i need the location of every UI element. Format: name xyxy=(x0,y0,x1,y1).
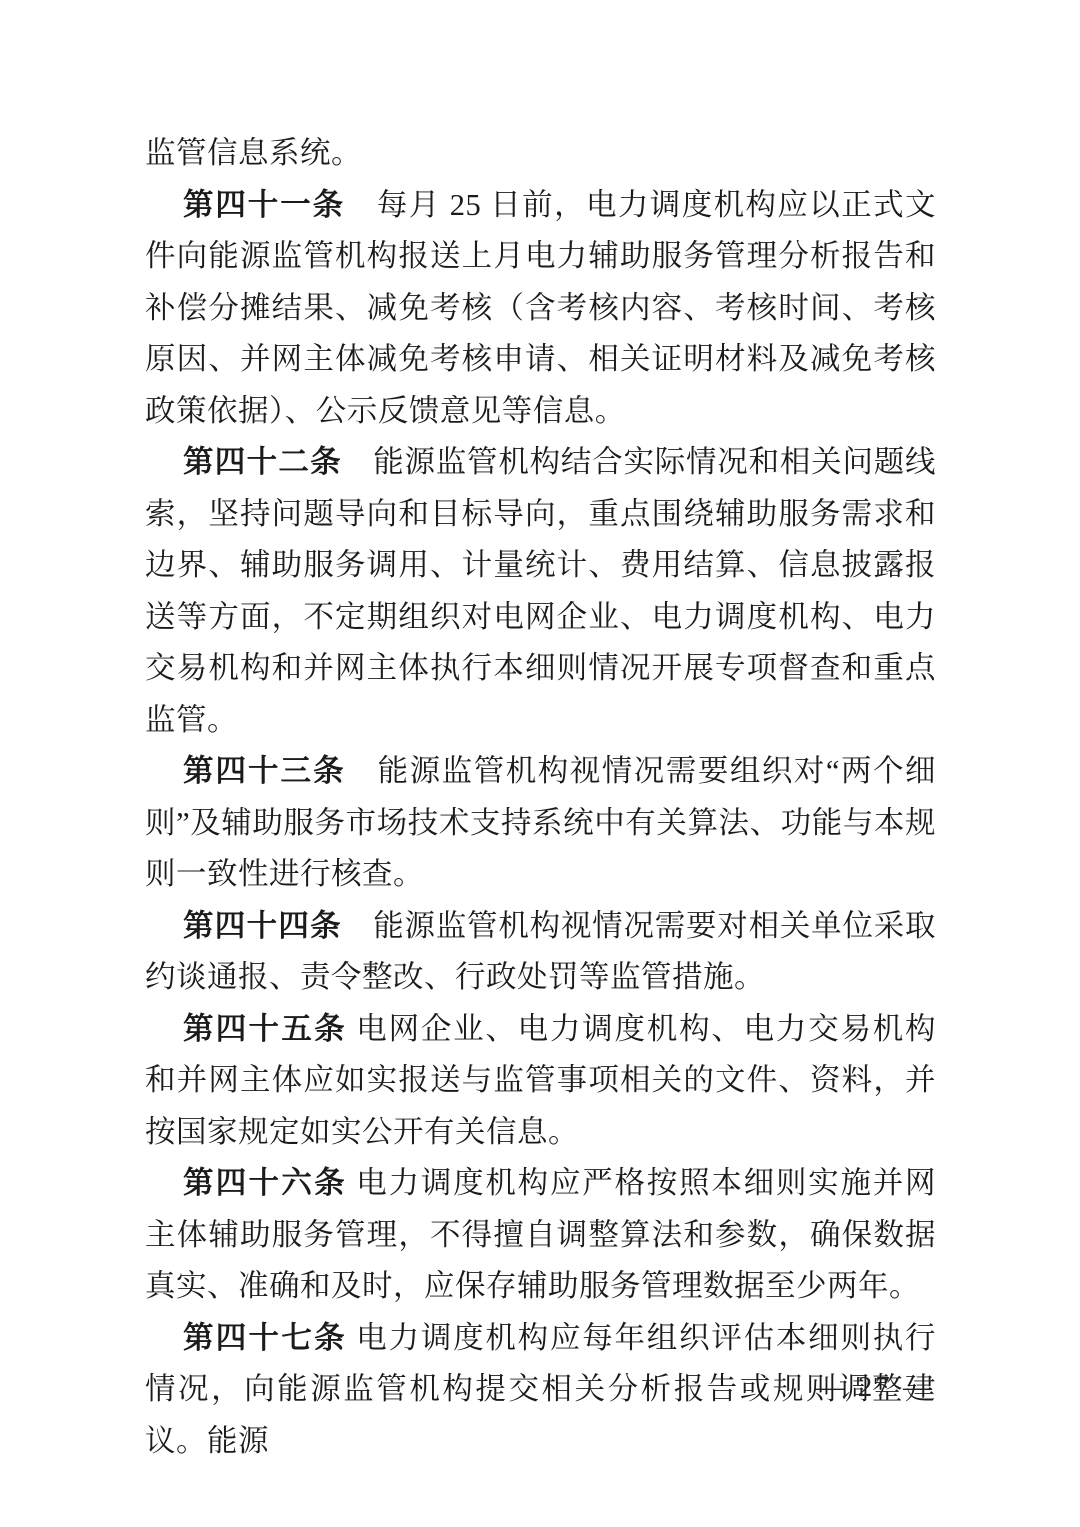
article-number: 第四十六条 xyxy=(183,1166,347,1200)
paragraph-text: 监管信息系统。 xyxy=(145,136,362,170)
paragraph: 第四十四条 能源监管机构视情况需要对相关单位采取约谈通报、责令整改、行政处罚等监… xyxy=(145,901,936,1004)
paragraph-text: 能源监管机构结合实际情况和相关问题线索，坚持问题导向和目标导向，重点围绕辅助服务… xyxy=(145,445,936,737)
paragraph: 监管信息系统。 xyxy=(145,128,936,180)
document-page: 监管信息系统。 第四十一条 每月 25 日前，电力调度机构应以正式文件向能源监管… xyxy=(0,0,1080,1527)
article-number: 第四十七条 xyxy=(183,1321,347,1355)
paragraph: 第四十一条 每月 25 日前，电力调度机构应以正式文件向能源监管机构报送上月电力… xyxy=(145,180,936,438)
paragraph: 第四十六条 电力调度机构应严格按照本细则实施并网主体辅助服务管理，不得擅自调整算… xyxy=(145,1158,936,1313)
paragraph-text: 每月 25 日前，电力调度机构应以正式文件向能源监管机构报送上月电力辅助服务管理… xyxy=(145,188,936,428)
document-body: 监管信息系统。 第四十一条 每月 25 日前，电力调度机构应以正式文件向能源监管… xyxy=(145,128,936,1467)
paragraph: 第四十五条 电网企业、电力调度机构、电力交易机构和并网主体应如实报送与监管事项相… xyxy=(145,1004,936,1159)
article-number: 第四十五条 xyxy=(183,1012,347,1046)
paragraph: 第四十二条 能源监管机构结合实际情况和相关问题线索，坚持问题导向和目标导向，重点… xyxy=(145,437,936,746)
page-number: — 27 — xyxy=(816,1370,936,1404)
article-number: 第四十二条 xyxy=(183,445,342,479)
paragraph: 第四十三条 能源监管机构视情况需要组织对“两个细则”及辅助服务市场技术支持系统中… xyxy=(145,746,936,901)
article-number: 第四十一条 xyxy=(183,188,345,222)
article-number: 第四十四条 xyxy=(183,909,342,943)
article-number: 第四十三条 xyxy=(183,754,346,788)
